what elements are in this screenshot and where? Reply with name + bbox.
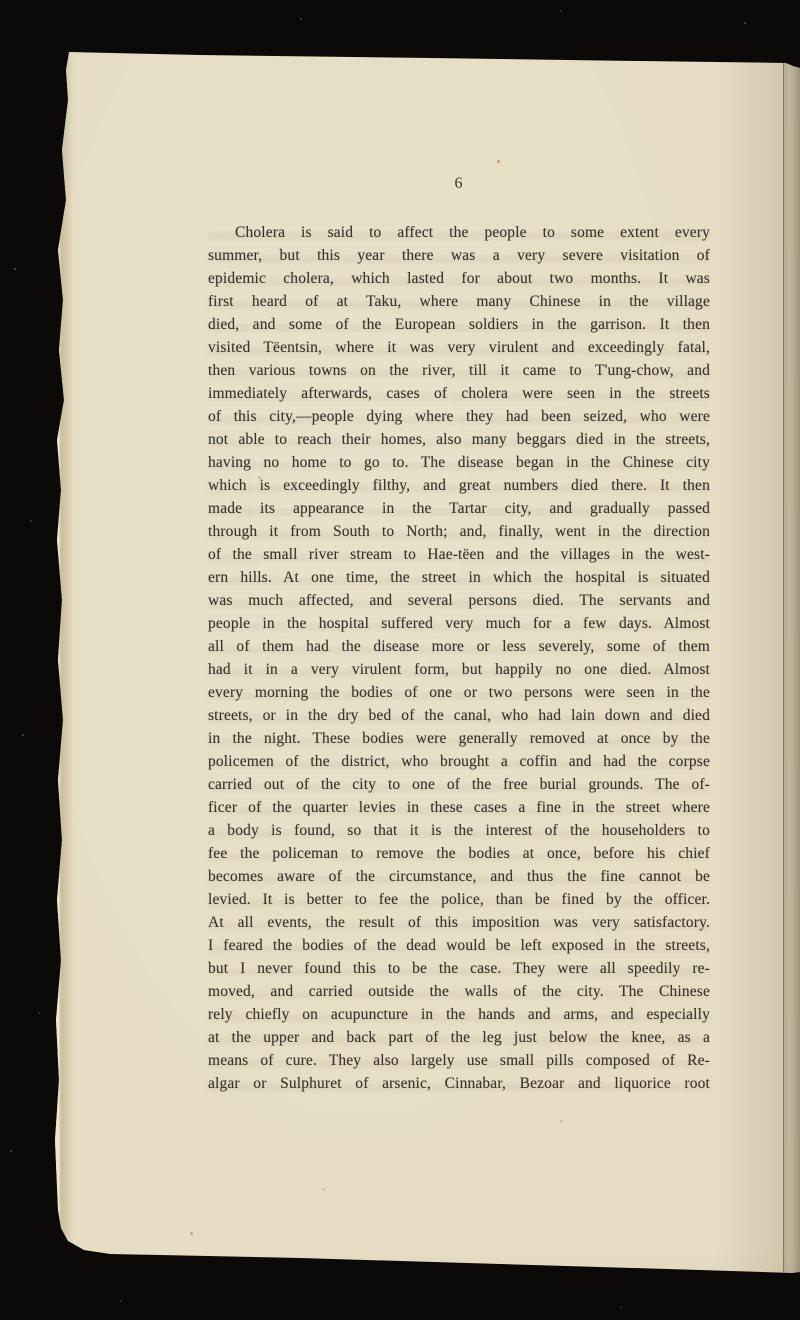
text-line: had it in a very virulent form, but happ… (208, 658, 710, 681)
scan-backdrop: 6 Cholera is said to affect the people t… (0, 0, 800, 1320)
page-number: 6 (208, 175, 710, 193)
text-line: summer, but this year there was a very s… (208, 244, 710, 267)
text-line: was much affected, and several persons d… (208, 589, 710, 612)
text-line: made its appearance in the Tartar city, … (208, 497, 710, 520)
page-text: Cholera is said to affect the people to … (208, 221, 710, 1095)
text-line: moved, and carried outside the walls of … (208, 980, 710, 1003)
text-line: rely chiefly on acupuncture in the hands… (208, 1003, 710, 1026)
text-line: which is exceedingly filthy, and great n… (208, 474, 710, 497)
page-deckle-edge (54, 52, 78, 1272)
text-line: immediately afterwards, cases of cholera… (208, 382, 710, 405)
text-line: through it from South to North; and, fin… (208, 520, 710, 543)
text-line: not able to reach their homes, also many… (208, 428, 710, 451)
text-line: streets, or in the dry bed of the canal,… (208, 704, 710, 727)
text-line: Cholera is said to affect the people to … (208, 221, 710, 244)
text-line: every morning the bodies of one or two p… (208, 681, 710, 704)
text-line: carried out of the city to one of the fr… (208, 773, 710, 796)
text-line: ficer of the quarter levies in these cas… (208, 796, 710, 819)
text-line: first heard of at Taku, where many Chine… (208, 290, 710, 313)
text-line: of this city,—people dying where they ha… (208, 405, 710, 428)
dust-specks (0, 0, 2, 2)
text-line: but I never found this to be the case. T… (208, 957, 710, 980)
text-line: becomes aware of the circumstance, and t… (208, 865, 710, 888)
text-line: I feared the bodies of the dead would be… (208, 934, 710, 957)
book-page: 6 Cholera is said to affect the people t… (0, 0, 800, 1320)
text-line: people in the hospital suffered very muc… (208, 612, 710, 635)
text-line: in the night. These bodies were generall… (208, 727, 710, 750)
text-line: At all events, the result of this imposi… (208, 911, 710, 934)
text-line: then various towns on the river, till it… (208, 359, 710, 382)
text-line: levied. It is better to fee the police, … (208, 888, 710, 911)
text-line: means of cure. They also largely use sma… (208, 1049, 710, 1072)
text-line: all of them had the disease more or less… (208, 635, 710, 658)
text-line: at the upper and back part of the leg ju… (208, 1026, 710, 1049)
text-line: policemen of the district, who brought a… (208, 750, 710, 773)
text-line: of the small river stream to Hae-tëen an… (208, 543, 710, 566)
text-line: a body is found, so that it is the inter… (208, 819, 710, 842)
book-gutter-shadow (783, 60, 800, 1276)
text-line: algar or Sulphuret of arsenic, Cinnabar,… (208, 1072, 710, 1095)
text-line: epidemic cholera, which lasted for about… (208, 267, 710, 290)
text-line: ern hills. At one time, the street in wh… (208, 566, 710, 589)
text-line: died, and some of the European soldiers … (208, 313, 710, 336)
text-line: having no home to go to. The disease beg… (208, 451, 710, 474)
text-line: visited Tëentsin, where it was very viru… (208, 336, 710, 359)
text-line: fee the policeman to remove the bodies a… (208, 842, 710, 865)
